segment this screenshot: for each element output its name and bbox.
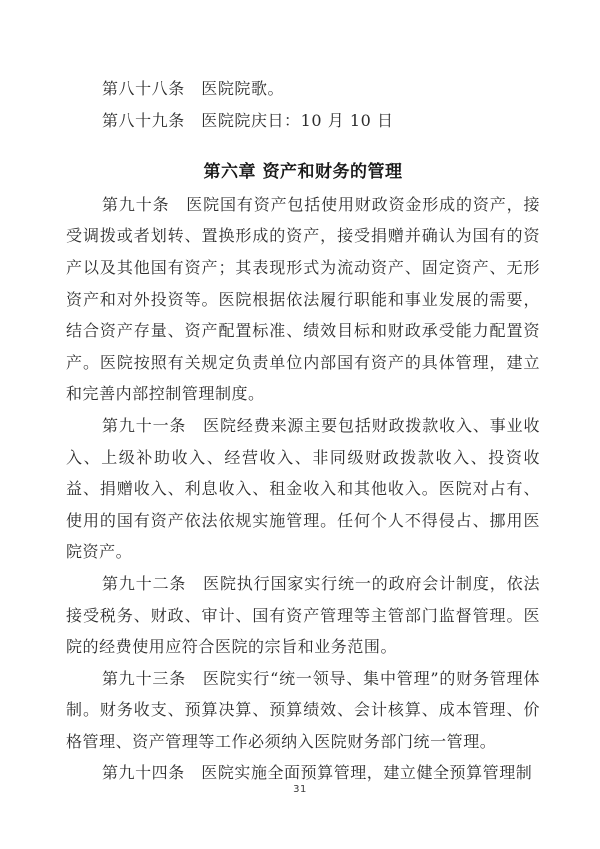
page-number: 31 [0, 784, 600, 795]
article-89: 第八十九条 医院院庆日：10 月 10 日 [66, 105, 540, 137]
article-88: 第八十八条 医院院歌。 [66, 73, 540, 105]
article-90: 第九十条 医院国有资产包括使用财政资金形成的资产，接受调拨或者划转、置换形成的资… [66, 189, 540, 410]
chapter-heading: 第六章 资产和财务的管理 [66, 157, 540, 189]
article-91: 第九十一条 医院经费来源主要包括财政拨款收入、事业收入、上级补助收入、经营收入、… [66, 410, 540, 568]
article-93: 第九十三条 医院实行“统一领导、集中管理”的财务管理体制。财务收支、预算决算、预… [66, 663, 540, 758]
article-92: 第九十二条 医院执行国家实行统一的政府会计制度，依法接受税务、财政、审计、国有资… [66, 568, 540, 663]
document-page: 第八十八条 医院院歌。 第八十九条 医院院庆日：10 月 10 日 第六章 资产… [0, 0, 600, 849]
document-content: 第八十八条 医院院歌。 第八十九条 医院院庆日：10 月 10 日 第六章 资产… [66, 73, 540, 789]
